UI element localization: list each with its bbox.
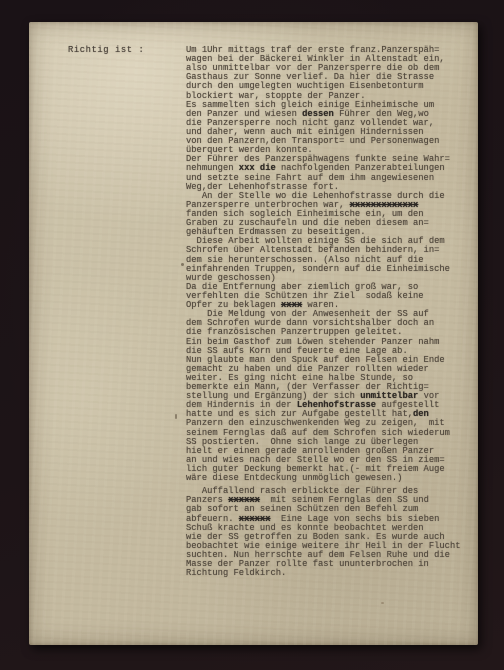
paragraph: Die Meldung von der Anwesenheit der SS a… — [186, 310, 474, 337]
paragraph: Der Führer des Panzerspähwagens funkte s… — [186, 155, 474, 191]
paragraph: Da die Entfernung aber ziemlich groß war… — [186, 283, 474, 310]
text-line: wäre diese Entdeckung unmöglich gewesen.… — [186, 474, 474, 483]
text-block: Um 1Uhr mittags traf der erste franz.Pan… — [186, 46, 474, 578]
text-line: Richtung Feldkirch. — [186, 569, 474, 578]
paragraph: Es sammelten sich gleich einige Einheimi… — [186, 101, 474, 156]
paragraph: An der Stelle wo die Lehenhofstrasse dur… — [186, 192, 474, 238]
paragraph: Ein beim Gasthof zum Löwen stehender Pan… — [186, 338, 474, 356]
paragraph: Diese Arbeit wollten einige SS die sich … — [186, 237, 474, 283]
text-run: Richtung Feldkirch. — [186, 568, 286, 578]
document-page: Richtig ist : Um 1Uhr mittags traf der e… — [29, 22, 478, 645]
paper-speck — [175, 414, 177, 419]
photo-background: Richtig ist : Um 1Uhr mittags traf der e… — [0, 0, 504, 670]
text-run: wäre diese Entdeckung unmöglich gewesen.… — [186, 473, 402, 483]
paragraph: Nun glaubte man den Spuck auf den Felsen… — [186, 356, 474, 484]
paper-speck — [381, 602, 384, 604]
paragraph: Um 1Uhr mittags traf der erste franz.Pan… — [186, 46, 474, 101]
paper-speck — [181, 263, 184, 266]
heading-label: Richtig ist : — [68, 46, 144, 55]
paragraph: Auffallend rasch erblickte der Führer de… — [186, 487, 474, 578]
